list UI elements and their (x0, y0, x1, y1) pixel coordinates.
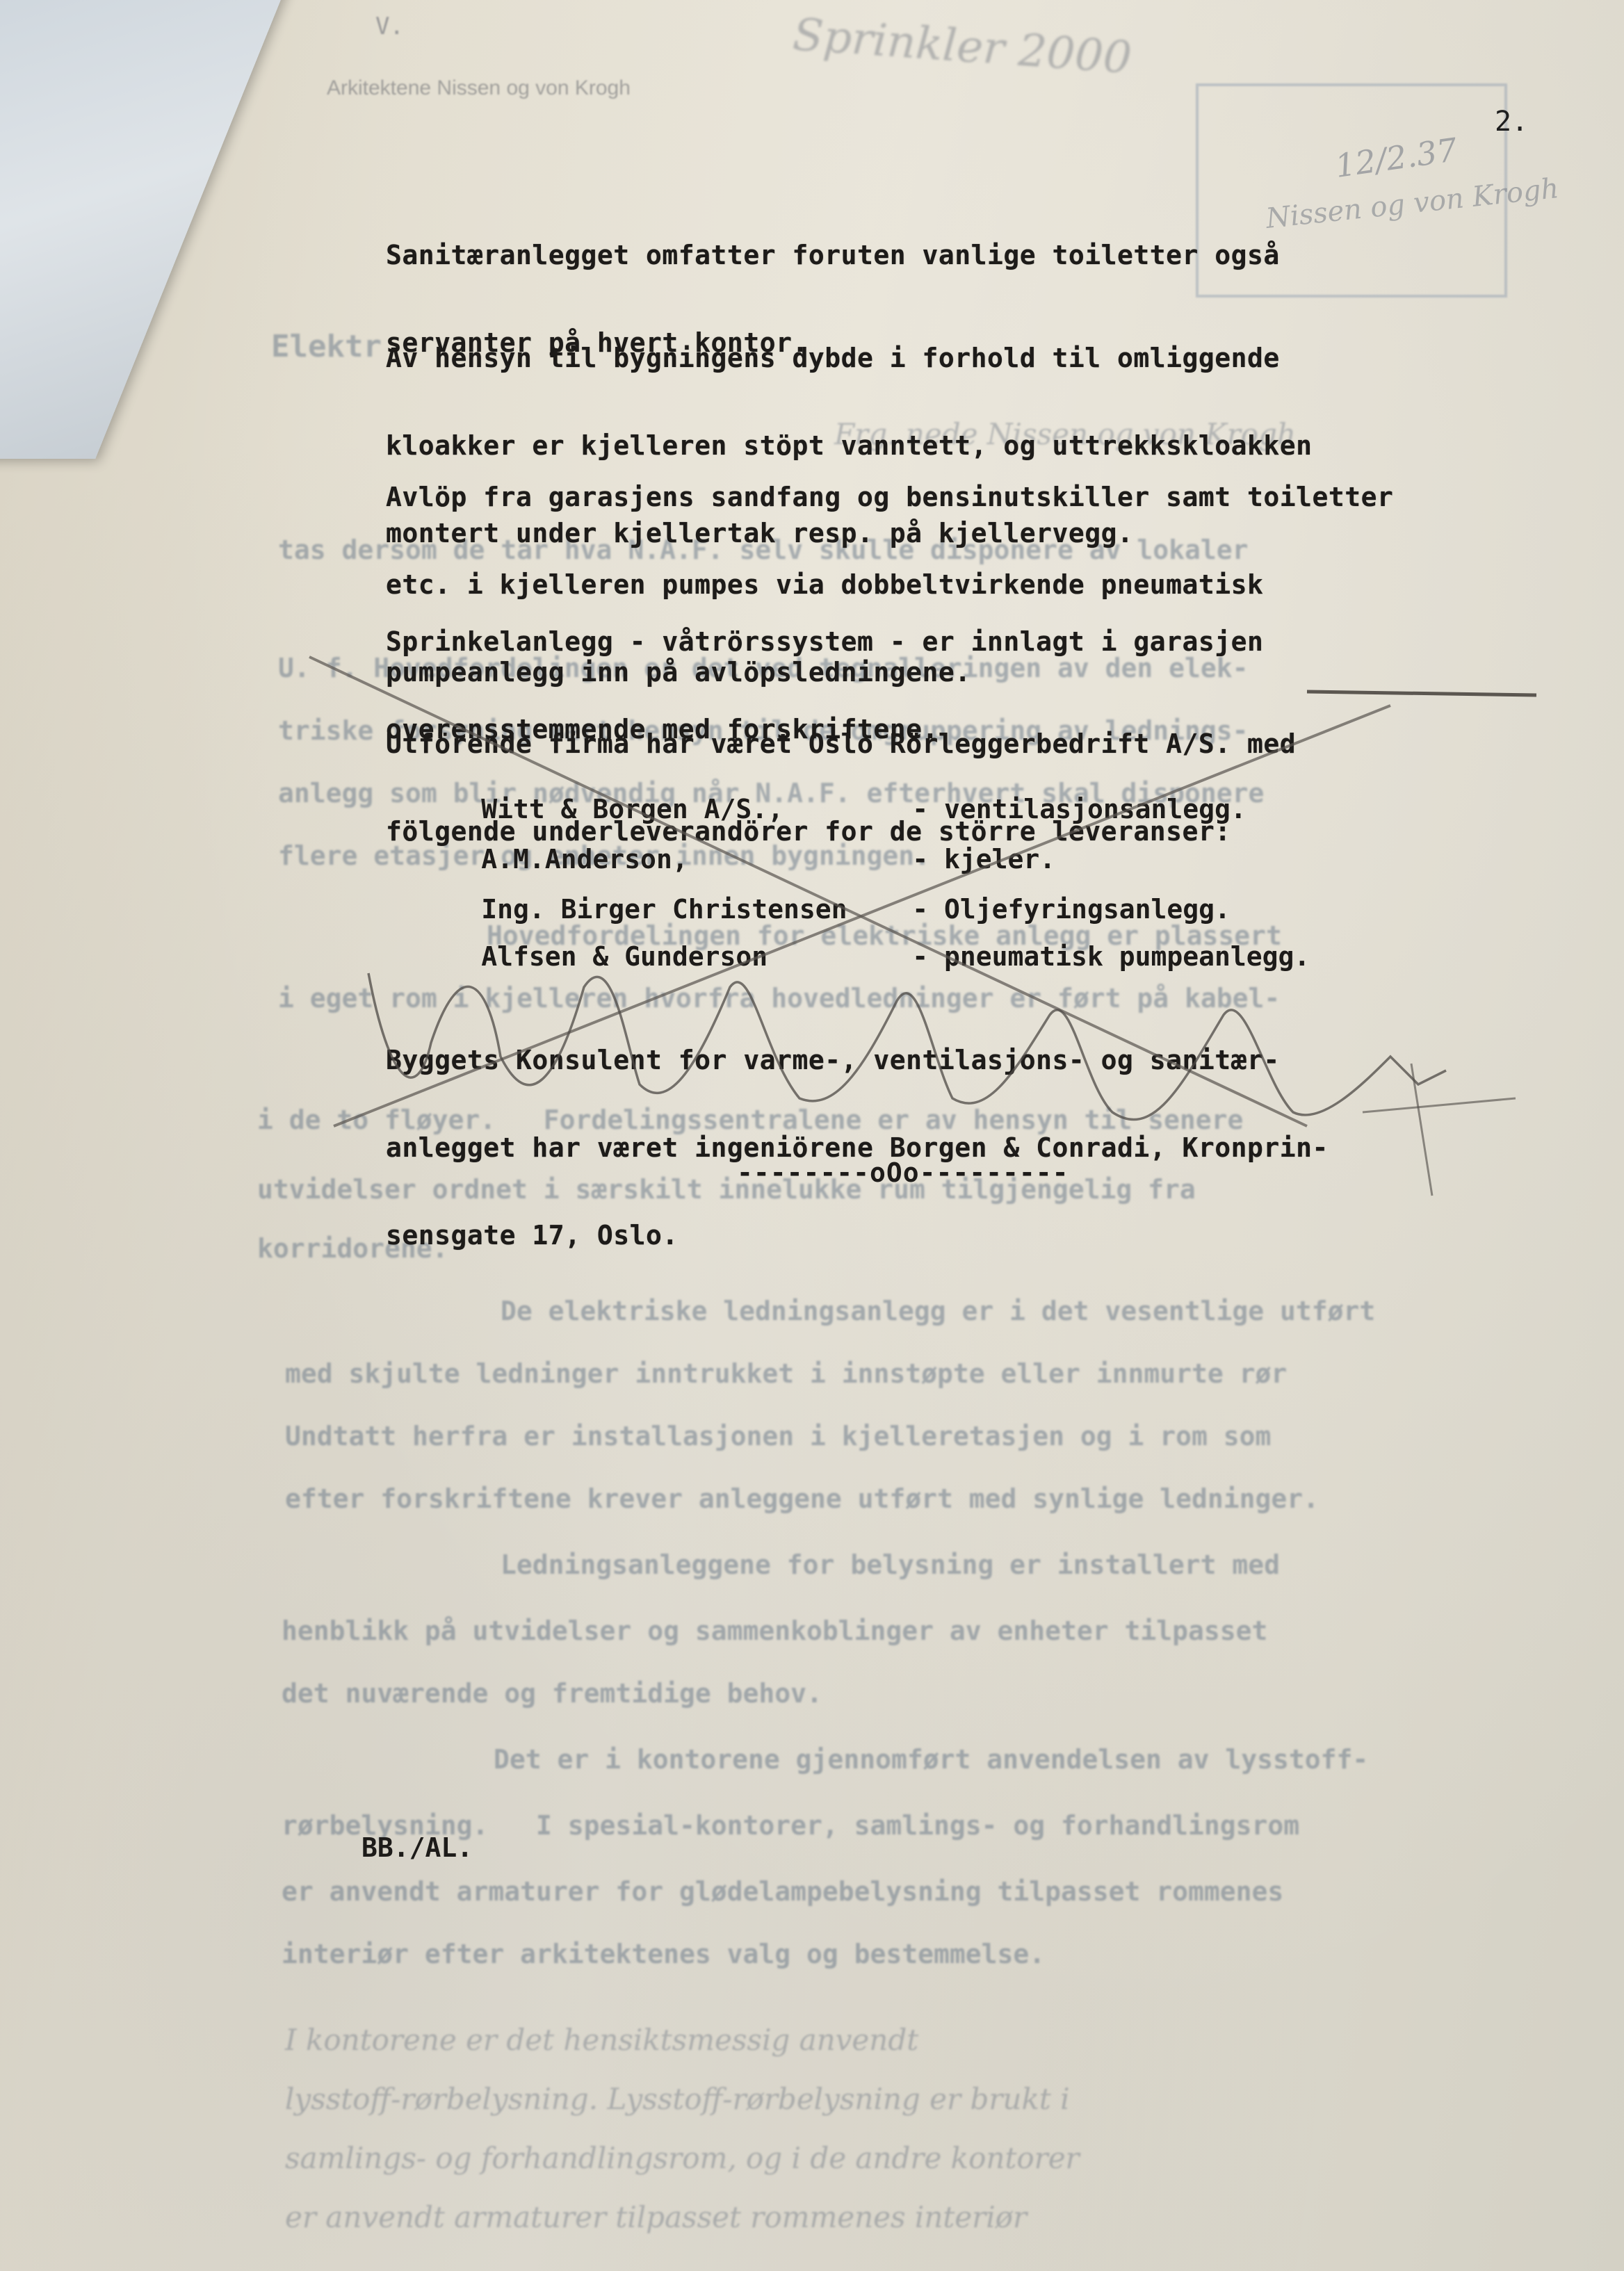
bleed-line: efter forskriftene krever anleggene utfø… (285, 1484, 1319, 1513)
paragraph-consultant: Byggets Konsulent for varme-, ventilasjo… (386, 987, 1329, 1308)
text-line: Av hensyn til bygningens dybde i forhold… (386, 343, 1313, 373)
letterhead-line: Arkitektene Nissen og von Krogh (327, 76, 631, 100)
bleed-handwriting: lysstoff-rørbelysning. Lysstoff-rørbelys… (285, 2082, 1070, 2116)
letterhead-mark: V. (375, 13, 404, 40)
section-divider: --------oOo--------- (737, 1157, 1069, 1188)
supplier-delivery: - pneumatisk pumpeanlegg. (912, 941, 1310, 972)
initials-signoff: BB./AL. (362, 1832, 473, 1863)
page-number: 2. (1495, 106, 1528, 138)
bleed-handwriting: I kontorene er det hensiktsmessig anvend… (285, 2023, 918, 2057)
bleed-line: Ledningsanleggene for belysning er insta… (501, 1550, 1280, 1579)
pencil-annotation: Sprinkler 2000 (791, 9, 1133, 84)
text-line: Byggets Konsulent for varme-, ventilasjo… (386, 1045, 1329, 1075)
text-line: Avlöp fra garasjens sandfang og bensinut… (386, 482, 1393, 512)
text-line: sensgate 17, Oslo. (386, 1221, 1329, 1250)
text-line: Sprinkelanlegg - våtrörssystem - er innl… (386, 627, 1263, 656)
bleed-heading: Elektr (271, 332, 382, 361)
text-line: Sanitæranlegget omfatter foruten vanlige… (386, 241, 1280, 270)
bleed-line: Undtatt herfra er installasjonen i kjell… (285, 1422, 1271, 1451)
bleed-line: det nuværende og fremtidige behov. (282, 1679, 822, 1708)
bleed-line: er anvendt armaturer for glødelampebelys… (282, 1877, 1283, 1906)
bleed-handwriting: er anvendt armaturer tilpasset rommenes … (285, 2200, 1027, 2234)
bleed-line: Det er i kontorene gjennomført anvendels… (494, 1745, 1368, 1774)
document-page: BORGEN & CONRADI INGENIØRER TEKNISKE KON… (0, 0, 1624, 2271)
bleed-line: henblikk på utvidelser og sammenkoblinge… (282, 1616, 1267, 1645)
folded-attachment-corner: BORGEN & CONRADI INGENIØRER TEKNISKE KON… (0, 0, 292, 459)
bleed-line: interiør efter arkitektenes valg og best… (282, 1939, 1045, 1969)
text-line: Utförende firma har været Oslo Rörlegger… (386, 729, 1296, 758)
bleed-handwriting: samlings- og forhandlingsrom, og i de an… (285, 2141, 1080, 2175)
bleed-line: med skjulte ledninger inntrukket i innst… (285, 1359, 1287, 1388)
supplier-firm: Alfsen & Gunderson (481, 941, 912, 972)
